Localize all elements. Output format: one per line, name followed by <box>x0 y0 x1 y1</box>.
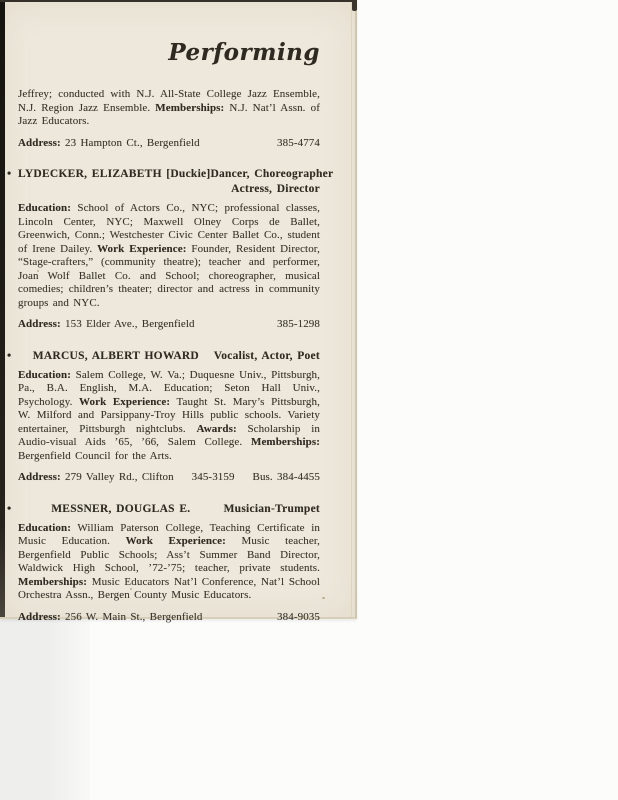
entry-paragraph: Education: Salem College, W. Va.; Duques… <box>18 369 320 464</box>
field-label: Education: <box>18 522 71 534</box>
directory-entry: Jeffrey; conducted with N.J. All-State C… <box>18 88 320 150</box>
directory-entry: • MESSNER, DOUGLAS E. Musician-Trumpet E… <box>18 501 320 625</box>
address-label: Address: <box>18 137 61 149</box>
field-label: Memberships: <box>251 436 320 448</box>
field-label: Memberships: <box>18 576 87 588</box>
directory-entries: Jeffrey; conducted with N.J. All-State C… <box>18 88 320 624</box>
address-text: 23 Hampton Ct., Bergenfield <box>61 137 200 149</box>
entry-title: Vocalist, Actor, Poet <box>214 349 320 364</box>
address-row: Address: 279 Valley Rd., Clifton 345-315… <box>18 471 320 485</box>
field-label: Work Experience: <box>97 243 186 255</box>
address-text: 279 Valley Rd., Clifton <box>61 471 174 483</box>
entry-title: Musician-Trumpet <box>224 502 320 517</box>
bullet-icon: • <box>7 348 18 363</box>
entry-headline: • MARCUS, ALBERT HOWARD Vocalist, Actor,… <box>18 348 320 364</box>
bullet-icon: • <box>7 501 18 516</box>
address-label: Address: <box>18 471 61 483</box>
phone-number: 385-4774 <box>277 137 320 151</box>
entry-name: MESSNER, DOUGLAS E. <box>51 502 190 517</box>
phone-number: 384-9035 <box>277 611 320 625</box>
directory-entry: • MARCUS, ALBERT HOWARD Vocalist, Actor,… <box>18 348 320 485</box>
entry-paragraph: Jeffrey; conducted with N.J. All-State C… <box>18 88 320 129</box>
field-text: Bergenfield Council for the Arts. <box>18 450 172 462</box>
directory-entry: • LYDECKER, ELIZABETH [Duckie] Dancer, C… <box>18 166 320 332</box>
address-text: 153 Elder Ave., Bergenfield <box>61 318 195 330</box>
entry-paragraph: Education: William Paterson College, Tea… <box>18 522 320 603</box>
address-line: Address: 279 Valley Rd., Clifton <box>18 471 174 485</box>
scan-shadow-wash <box>0 619 90 800</box>
entry-name: LYDECKER, ELIZABETH [Duckie] <box>18 167 210 182</box>
entry-paragraph: Education: School of Actors Co., NYC; pr… <box>18 202 320 310</box>
address-label: Address: <box>18 318 61 330</box>
entry-headline: • LYDECKER, ELIZABETH [Duckie] Dancer, C… <box>18 166 320 197</box>
address-row: Address: 23 Hampton Ct., Bergenfield 385… <box>18 137 320 151</box>
entry-name-row: • LYDECKER, ELIZABETH [Duckie] Dancer, C… <box>7 166 320 182</box>
field-label: Memberships: <box>155 102 224 114</box>
entry-name-row: • MESSNER, DOUGLAS E. Musician-Trumpet <box>7 501 320 517</box>
scan-canvas: Performing Jeffrey; conducted with N.J. … <box>0 0 618 800</box>
field-label: Education: <box>18 202 71 214</box>
entry-title: Dancer, Choreographer <box>210 167 333 182</box>
entry-name-row: • MARCUS, ALBERT HOWARD Vocalist, Actor,… <box>7 348 320 364</box>
address-row: Address: 153 Elder Ave., Bergenfield 385… <box>18 318 320 332</box>
entry-headline: • MESSNER, DOUGLAS E. Musician-Trumpet <box>18 501 320 517</box>
address-line: Address: 153 Elder Ave., Bergenfield <box>18 318 195 332</box>
address-line: Address: 256 W. Main St., Bergenfield <box>18 611 202 625</box>
entry-title: Actress, Director <box>18 182 320 197</box>
directory-page: Performing Jeffrey; conducted with N.J. … <box>0 0 357 619</box>
phone-number: 345-3159 <box>192 471 235 485</box>
phone-number: 385-1298 <box>277 318 320 332</box>
bullet-icon: • <box>7 166 18 181</box>
page-title: Performing <box>18 38 320 68</box>
field-label: Work Experience: <box>79 396 170 408</box>
page-corner-mark <box>352 0 357 11</box>
address-label: Address: <box>18 611 61 623</box>
address-text: 256 W. Main St., Bergenfield <box>61 611 203 623</box>
entry-name: MARCUS, ALBERT HOWARD <box>33 349 199 364</box>
field-label: Awards: <box>197 423 237 435</box>
page-content: Performing Jeffrey; conducted with N.J. … <box>5 38 355 624</box>
address-line: Address: 23 Hampton Ct., Bergenfield <box>18 137 200 151</box>
phone-number: Bus. 384-4455 <box>253 471 320 485</box>
field-label: Education: <box>18 369 71 381</box>
address-row: Address: 256 W. Main St., Bergenfield 38… <box>18 611 320 625</box>
field-label: Work Experience: <box>126 535 226 547</box>
